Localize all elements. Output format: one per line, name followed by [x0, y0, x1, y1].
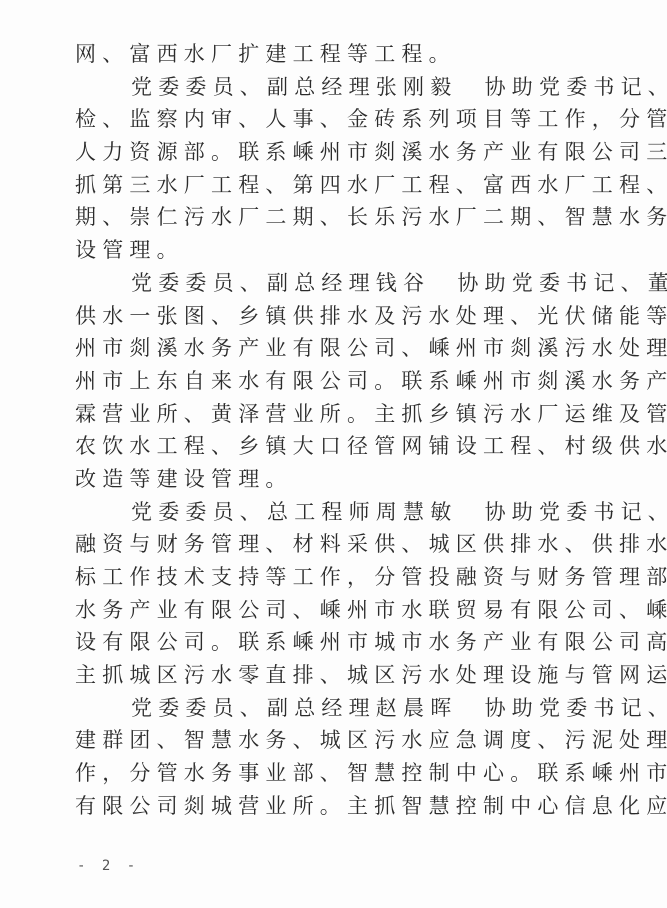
- text-line: 主抓城区污水零直排、城区污水处理设施与管网运维等建设管理。: [75, 659, 615, 692]
- document-page: 网、富西水厂扩建工程等工程。 党委委员、副总经理张刚毅 协助党委书记、董事长负责…: [0, 0, 667, 908]
- text-line: 设有限公司。联系嵊州市城市水务产业有限公司高铁新城营业所。: [75, 626, 615, 659]
- text-line: 党委委员、副总经理张刚毅 协助党委书记、董事长负责纪: [75, 71, 615, 104]
- text-line: 网、富西水厂扩建工程等工程。: [75, 38, 615, 71]
- text-line: 州市剡溪水务产业有限公司、嵊州市剡溪污水处理有限公司、嵊: [75, 332, 615, 365]
- text-line: 检、监察内审、人事、金砖系列项目等工作，分管监察内审部、: [75, 103, 615, 136]
- text-line: 供水一张图、乡镇供排水及污水处理、光伏储能等工作，分管嵊: [75, 300, 615, 333]
- text-line: 州市上东自来水有限公司。联系嵊州市剡溪水务产业有限公司甘: [75, 365, 615, 398]
- text-line: 融资与财务管理、材料采供、城区供排水、供排水工程项目招投: [75, 528, 615, 561]
- text-line: 党委委员、副总经理赵晨晖 协助党委书记、董事长负责党: [75, 692, 615, 725]
- text-line: 标工作技术支持等工作，分管投融资与财务管理部、嵊州市城市: [75, 561, 615, 594]
- text-line: 作，分管水务事业部、智慧控制中心。联系嵊州市城市水务产业: [75, 757, 615, 790]
- text-line: 抓第三水厂工程、第四水厂工程、富西水厂工程、甘霖污水厂二: [75, 169, 615, 202]
- text-line: 建群团、智慧水务、城区污水应急调度、污泥处理、直饮水等工: [75, 724, 615, 757]
- text-line: 霖营业所、黄泽营业所。主抓乡镇污水厂运维及管网改造、全市: [75, 398, 615, 431]
- text-line: 农饮水工程、乡镇大口径管网铺设工程、村级供水站缩减及提升: [75, 430, 615, 463]
- text-line: 有限公司剡城营业所。主抓智慧控制中心信息化应用、嵊州市水: [75, 790, 615, 823]
- text-line: 人力资源部。联系嵊州市剡溪水务产业有限公司三界营业所。主: [75, 136, 615, 169]
- text-line: 设管理。: [75, 234, 615, 267]
- text-line: 期、崇仁污水厂二期、长乐污水厂二期、智慧水务数字中心等建: [75, 201, 615, 234]
- text-line: 党委委员、副总经理钱谷 协助党委书记、董事长负责全市: [75, 267, 615, 300]
- text-line: 水务产业有限公司、嵊州市水联贸易有限公司、嵊州市新农村建: [75, 594, 615, 627]
- text-line: 党委委员、总工程师周慧敏 协助党委书记、董事长负责投: [75, 496, 615, 529]
- text-line: 改造等建设管理。: [75, 463, 615, 496]
- document-body: 网、富西水厂扩建工程等工程。 党委委员、副总经理张刚毅 协助党委书记、董事长负责…: [75, 38, 615, 823]
- page-number: - 2 -: [77, 858, 139, 874]
